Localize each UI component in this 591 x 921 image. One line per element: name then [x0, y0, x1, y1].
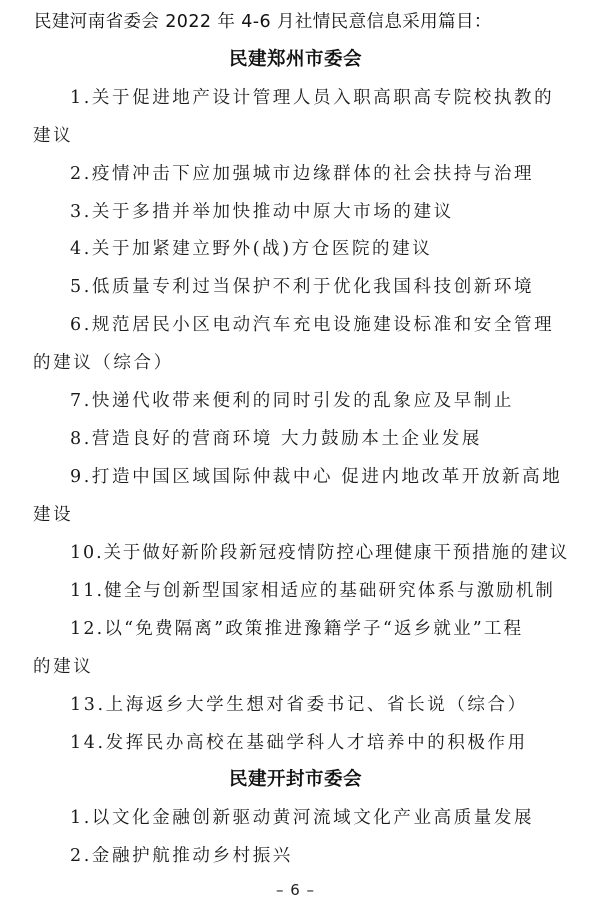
list-item-zz-12-line-2: 的建议 [33, 655, 93, 679]
list-item-kf-2: 2.金融护航推动乡村振兴 [70, 844, 293, 868]
list-item-zz-6-line-1: 6.规范居民小区电动汽车充电设施建设标准和安全管理 [70, 313, 554, 337]
document-page: 民建河南省委会 2022 年 4-6 月社情民意信息采用篇目： 民建郑州市委会 … [0, 0, 591, 921]
list-item-zz-1-line-1: 1.关于促进地产设计管理人员入职高职高专院校执教的 [70, 86, 554, 110]
page-number: – 6 – [0, 880, 591, 900]
list-item-zz-8: 8.营造良好的营商环境 大力鼓励本土企业发展 [70, 427, 482, 451]
list-item-zz-9-line-1: 9.打造中国区域国际仲裁中心 促进内地改革开放新高地 [70, 465, 562, 489]
list-item-zz-3: 3.关于多措并举加快推动中原大市场的建议 [70, 200, 454, 224]
list-item-zz-5: 5.低质量专利过当保护不利于优化我国科技创新环境 [70, 275, 534, 299]
list-item-zz-4: 4.关于加紧建立野外(战)方仓医院的建议 [70, 237, 432, 261]
list-item-zz-6-line-2: 的建议（综合） [33, 351, 174, 375]
list-item-zz-14: 14.发挥民办高校在基础学科人才培养中的积极作用 [70, 731, 528, 755]
list-item-zz-12-line-1: 12.以“免费隔离”政策推进豫籍学子“返乡就业”工程 [70, 617, 523, 641]
section-heading-zhengzhou: 民建郑州市委会 [0, 48, 591, 72]
list-item-zz-2: 2.疫情冲击下应加强城市边缘群体的社会扶持与治理 [70, 162, 534, 186]
document-title: 民建河南省委会 2022 年 4-6 月社情民意信息采用篇目： [34, 10, 492, 34]
list-item-zz-13: 13.上海返乡大学生想对省委书记、省长说（综合） [70, 693, 528, 717]
list-item-zz-1-line-2: 建议 [33, 124, 73, 148]
list-item-zz-7: 7.快递代收带来便利的同时引发的乱象应及早制止 [70, 389, 514, 413]
section-heading-kaifeng: 民建开封市委会 [0, 768, 591, 792]
list-item-zz-11: 11.健全与创新型国家相适应的基础研究体系与激励机制 [70, 579, 555, 603]
list-item-zz-9-line-2: 建设 [33, 503, 73, 527]
list-item-kf-1: 1.以文化金融创新驱动黄河流域文化产业高质量发展 [70, 806, 534, 830]
list-item-zz-10: 10.关于做好新阶段新冠疫情防控心理健康干预措施的建议 [70, 541, 569, 565]
